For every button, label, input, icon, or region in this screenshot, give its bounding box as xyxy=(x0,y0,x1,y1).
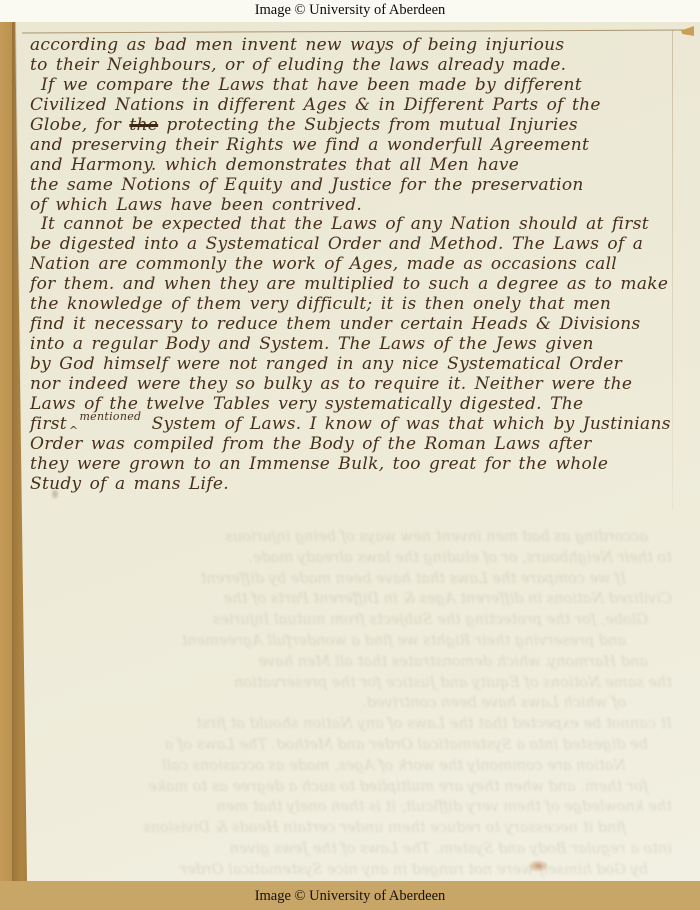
bleedthrough-line: the same Notions of Equity and Justice f… xyxy=(22,673,672,694)
manuscript-line: to their Neighbours, or of eluding the l… xyxy=(30,56,690,76)
manuscript-line: Globe, for the protecting the Subjects f… xyxy=(30,116,690,136)
bottom-copyright-caption: Image © University of Aberdeen xyxy=(0,885,700,909)
manuscript-line: and Harmony. which demonstrates that all… xyxy=(30,156,690,176)
bleedthrough-line: and preserving their Rights we find a wo… xyxy=(22,631,672,652)
manuscript-page: according as bad men invent new ways of … xyxy=(0,22,700,881)
manuscript-line: by God himself were not ranged in any ni… xyxy=(30,355,690,375)
top-crease-line xyxy=(22,30,684,34)
bleedthrough-line: be digested into a Systematical Order an… xyxy=(22,735,672,756)
bleedthrough-line: the knowledge of them very difficult; it… xyxy=(22,797,672,818)
manuscript-line: nor indeed were they so bulky as to requ… xyxy=(30,375,690,395)
manuscript-line: find it necessary to reduce them under c… xyxy=(30,315,690,335)
bleedthrough-line: find it necessary to reduce them under c… xyxy=(22,818,672,839)
manuscript-line: Nation are commonly the work of Ages, ma… xyxy=(30,255,690,275)
manuscript-line: If we compare the Laws that have been ma… xyxy=(30,76,690,96)
bleedthrough-line: of which Laws have been contrived. xyxy=(22,693,672,714)
ink-bleedthrough-texture: according as bad men invent new ways of … xyxy=(22,527,672,877)
struck-out-word: the xyxy=(129,115,158,135)
crease-corner-mark xyxy=(681,26,694,36)
bleedthrough-line: Civilized Nations in different Ages & in… xyxy=(22,589,672,610)
bleedthrough-line: and Harmony. which demonstrates that all… xyxy=(22,652,672,673)
manuscript-line: and preserving their Rights we find a wo… xyxy=(30,136,690,156)
manuscript-line: Order was compiled from the Body of the … xyxy=(30,435,690,455)
manuscript-line: first^mentioned System of Laws. I know o… xyxy=(30,415,690,435)
bleedthrough-line: Nation are commonly the work of Ages, ma… xyxy=(22,756,672,777)
manuscript-line: of which Laws have been contrived. xyxy=(30,196,690,216)
bleedthrough-line: Globe, for the protecting the Subjects f… xyxy=(22,610,672,631)
bleedthrough-line: If we compare the Laws that have been ma… xyxy=(22,569,672,590)
manuscript-line: It cannot be expected that the Laws of a… xyxy=(30,215,690,235)
manuscript-line: Study of a mans Life. xyxy=(30,475,690,495)
manuscript-line: for them. and when they are multiplied t… xyxy=(30,275,690,295)
manuscript-line: the knowledge of them very difficult; it… xyxy=(30,295,690,315)
insertion-caret: ^ xyxy=(69,421,79,441)
manuscript-line: the same Notions of Equity and Justice f… xyxy=(30,176,690,196)
bleedthrough-line: according as bad men invent new ways of … xyxy=(22,527,672,548)
bleedthrough-line: for them. and when they are multiplied t… xyxy=(22,777,672,798)
manuscript-line: into a regular Body and System. The Laws… xyxy=(30,335,690,355)
bleedthrough-line: by God himself were not ranged in any ni… xyxy=(22,860,672,877)
bleedthrough-line: It cannot be expected that the Laws of a… xyxy=(22,714,672,735)
manuscript-line: Civilized Nations in different Ages & in… xyxy=(30,96,690,116)
top-copyright-caption: Image © University of Aberdeen xyxy=(0,0,700,22)
manuscript-line: according as bad men invent new ways of … xyxy=(30,36,690,56)
manuscript-line: they were grown to an Immense Bulk, too … xyxy=(30,455,690,475)
bleedthrough-line: into a regular Body and System. The Laws… xyxy=(22,839,672,860)
interlinear-insertion: mentioned xyxy=(79,407,141,427)
ink-smudge xyxy=(52,490,58,498)
handwritten-text-block: according as bad men invent new ways of … xyxy=(30,36,690,495)
manuscript-line: be digested into a Systematical Order an… xyxy=(30,235,690,255)
bleedthrough-line: to their Neighbours, or of eluding the l… xyxy=(22,548,672,569)
stain-spot xyxy=(528,860,548,872)
